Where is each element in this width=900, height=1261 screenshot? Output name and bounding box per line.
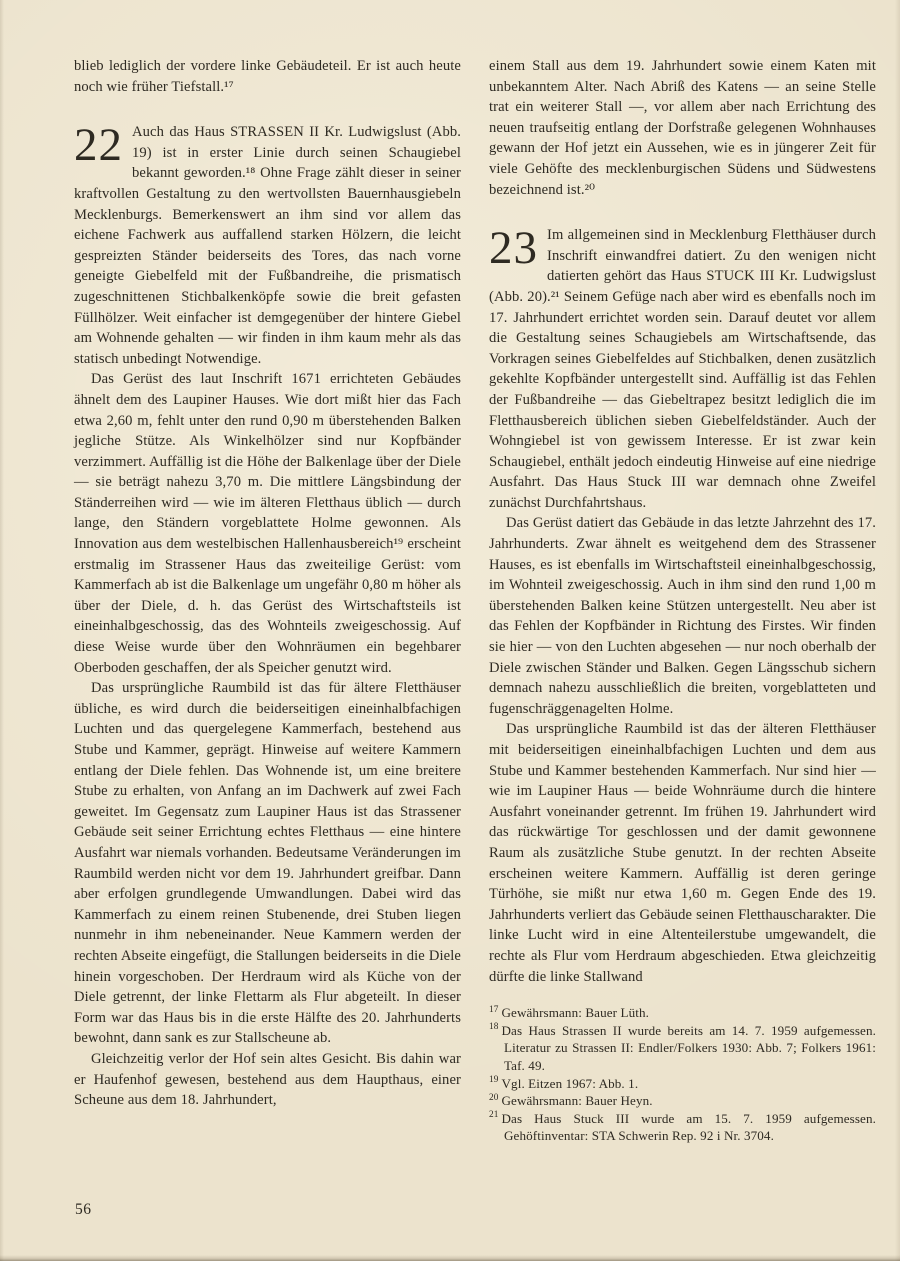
- footnote-number: 21: [489, 1110, 499, 1120]
- paragraph: Das Gerüst datiert das Gebäude in das le…: [489, 513, 876, 719]
- footnote: 18Das Haus Strassen II wurde bereits am …: [489, 1022, 876, 1075]
- footnote-text: Vgl. Eitzen 1967: Abb. 1.: [502, 1076, 639, 1091]
- section-number-22: 22: [74, 122, 132, 164]
- paragraph: Auch das Haus STRASSEN II Kr. Ludwigslus…: [74, 122, 461, 369]
- section-22: 22 Auch das Haus STRASSEN II Kr. Ludwigs…: [74, 122, 461, 369]
- paragraph: Gleichzeitig verlor der Hof sein altes G…: [74, 1049, 461, 1111]
- footnote: 17Gewährsmann: Bauer Lüth.: [489, 1004, 876, 1022]
- paragraph: Das ursprüngliche Raumbild ist das der ä…: [489, 719, 876, 987]
- section-number-23: 23: [489, 225, 547, 267]
- continuation-paragraph: einem Stall aus dem 19. Jahrhundert sowi…: [489, 56, 876, 200]
- footnote-number: 17: [489, 1005, 499, 1015]
- footnote-text: Das Haus Stuck III wurde am 15. 7. 1959 …: [502, 1111, 877, 1144]
- section-23: 23 Im allgemeinen sind in Mecklenburg Fl…: [489, 225, 876, 513]
- page-left-edge: [0, 0, 4, 1261]
- footnote-number: 20: [489, 1093, 499, 1103]
- footnote-text: Das Haus Strassen II wurde bereits am 14…: [502, 1023, 877, 1073]
- footnote-number: 19: [489, 1075, 499, 1085]
- footnote-text: Gewährsmann: Bauer Heyn.: [502, 1093, 653, 1108]
- left-column: blieb lediglich der vordere linke Gebäud…: [74, 56, 461, 1145]
- right-column: einem Stall aus dem 19. Jahrhundert sowi…: [489, 56, 876, 1145]
- footnote: 21Das Haus Stuck III wurde am 15. 7. 195…: [489, 1110, 876, 1145]
- footnote-number: 18: [489, 1022, 499, 1032]
- page-number: 56: [75, 1201, 92, 1219]
- page-right-edge: [895, 0, 900, 1261]
- footnote: 19Vgl. Eitzen 1967: Abb. 1.: [489, 1075, 876, 1093]
- page-columns: blieb lediglich der vordere linke Gebäud…: [74, 56, 876, 1145]
- paragraph: Im allgemeinen sind in Mecklenburg Flett…: [489, 225, 876, 513]
- footnote-text: Gewährsmann: Bauer Lüth.: [502, 1005, 649, 1020]
- footnotes: 17Gewährsmann: Bauer Lüth. 18Das Haus St…: [489, 1004, 876, 1145]
- paragraph: Das Gerüst des laut Inschrift 1671 erric…: [74, 369, 461, 678]
- continuation-paragraph: blieb lediglich der vordere linke Gebäud…: [74, 56, 461, 97]
- page-bottom-edge: [0, 1255, 900, 1261]
- paragraph: Das ursprüngliche Raumbild ist das für ä…: [74, 678, 461, 1049]
- footnote: 20Gewährsmann: Bauer Heyn.: [489, 1092, 876, 1110]
- book-page: blieb lediglich der vordere linke Gebäud…: [0, 0, 900, 1261]
